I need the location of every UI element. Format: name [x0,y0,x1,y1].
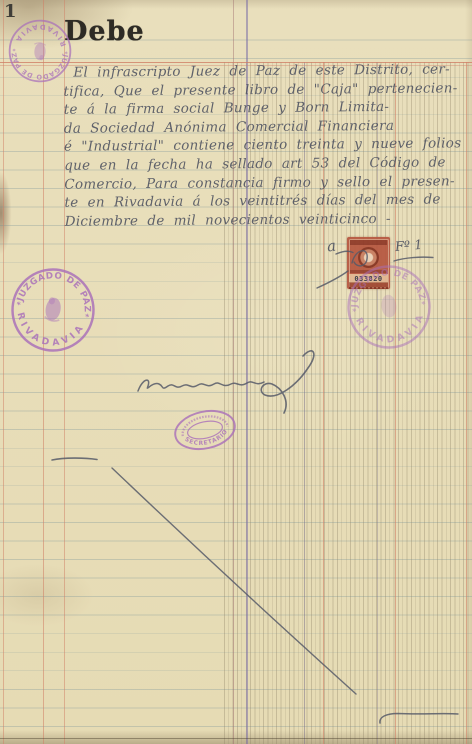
pen-diagonal-line [112,468,356,694]
pen-dash-bottom-right [380,714,458,724]
rubric-stroke [317,251,433,288]
ink-overlay [0,0,472,744]
signature-flourish [261,351,314,413]
ledger-page: 1 Debe El infrascripto Juez de Paz de es… [0,0,472,744]
signature-main [138,380,264,391]
annotation-folio: Fº 1 [394,238,423,255]
pen-dash-left [52,458,97,460]
